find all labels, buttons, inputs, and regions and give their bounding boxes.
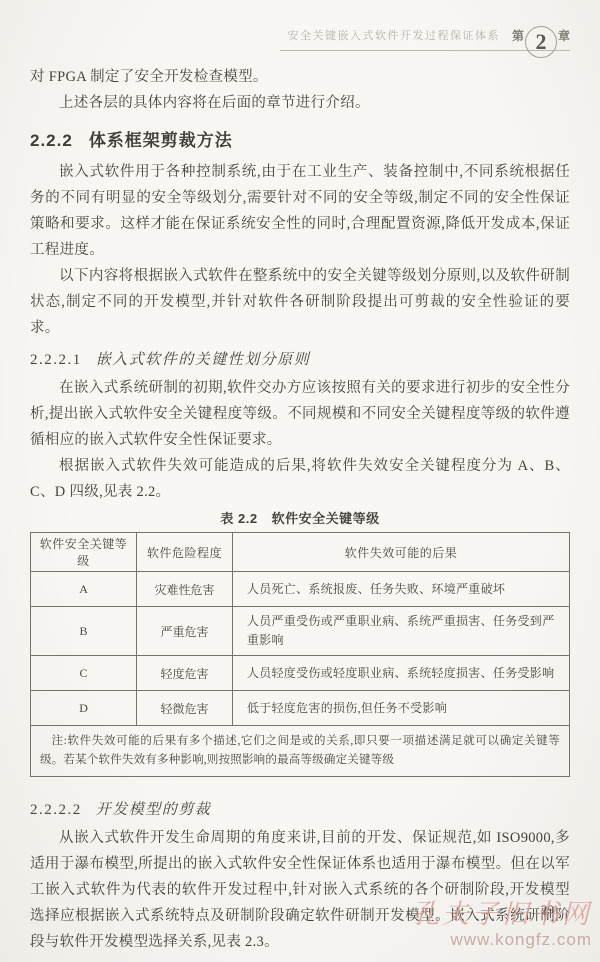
- cell-consequence: 低于轻度危害的损伤,但任务不受影响: [232, 691, 569, 726]
- cell-hazard: 灾难性危害: [137, 572, 233, 607]
- column-header-level: 软件安全关键等级: [31, 533, 137, 572]
- column-header-consequence: 软件失效可能的后果: [232, 533, 569, 572]
- cell-hazard: 轻微危害: [137, 691, 233, 726]
- table-row-level-d: D 轻微危害 低于轻度危害的损伤,但任务不受影响: [31, 691, 570, 726]
- table-caption-label: 表 2.2: [220, 511, 257, 526]
- table-row-level-c: C 轻度危害 人员轻度受伤或轻度职业病、系统轻度损害、任务受影响: [31, 656, 570, 691]
- chapter-number: 2: [535, 31, 546, 53]
- section-heading-2-2-2-2: 2.2.2.2开发模型的剪裁: [30, 798, 570, 819]
- chapter-prefix: 第: [512, 27, 524, 44]
- chapter-number-circle-icon: 2: [525, 26, 557, 58]
- table-row-level-b: B 严重危害 人员严重受伤或严重职业病、系统严重损害、任务受到严重影响: [31, 607, 570, 656]
- cell-level: A: [31, 572, 137, 607]
- page-number: 29: [541, 902, 554, 918]
- paragraph-four-levels: 根据嵌入式软件失效可能造成的后果,将软件失效安全关键程度分为 A、B、C、D 四…: [30, 453, 570, 505]
- subsection-title: 开发模型的剪裁: [96, 802, 212, 818]
- subsection-number: 2.2.2.2: [30, 802, 82, 818]
- cell-hazard: 轻度危害: [137, 656, 233, 691]
- section-title: 体系框架剪裁方法: [89, 131, 233, 150]
- paragraph-embedded-systems: 嵌入式软件用于各种控制系统,由于在工业生产、装备控制中,不同系统根据任务的不同有…: [30, 159, 570, 263]
- table-caption-title: 软件安全关键等级: [272, 511, 380, 526]
- cell-level: B: [31, 607, 137, 656]
- cell-hazard: 严重危害: [137, 607, 233, 656]
- paragraph-initial-analysis: 在嵌入式系统研制的初期,软件交办方应该按照有关的要求进行初步的安全性分析,提出嵌…: [30, 375, 570, 453]
- cell-level: D: [31, 691, 137, 726]
- cell-consequence: 人员严重受伤或严重职业病、系统严重损害、任务受到严重影响: [232, 607, 569, 656]
- cell-consequence: 人员死亡、系统报废、任务失败、环境严重破坏: [232, 572, 569, 607]
- paragraph-fpga-model: 对 FPGA 制定了安全开发检查模型。: [30, 64, 570, 90]
- chapter-suffix: 章: [558, 27, 570, 44]
- table-caption: 表 2.2软件安全关键等级: [30, 508, 570, 527]
- section-heading-2-2-2-1: 2.2.2.1嵌入式软件的关键性划分原则: [30, 348, 570, 369]
- paragraph-overview: 上述各层的具体内容将在后面的章节进行介绍。: [30, 90, 570, 116]
- table-row-level-a: A 灾难性危害 人员死亡、系统报废、任务失败、环境严重破坏: [31, 572, 570, 607]
- chapter-badge: 第 2 章: [512, 19, 570, 51]
- running-title: 安全关键嵌入式软件开发过程保证体系: [287, 27, 500, 43]
- subsection-number: 2.2.2.1: [30, 352, 82, 368]
- cell-consequence: 人员轻度受伤或轻度职业病、系统轻度损害、任务受影响: [232, 656, 569, 691]
- software-safety-level-table: 软件安全关键等级 软件危险程度 软件失效可能的后果 A 灾难性危害 人员死亡、系…: [30, 532, 570, 777]
- paragraph-development-model: 从嵌入式软件开发生命周期的角度来讲,目前的开发、保证规范,如 ISO9000,多…: [30, 825, 570, 955]
- book-page: 安全关键嵌入式软件开发过程保证体系 第 2 章 对 FPGA 制定了安全开发检查…: [0, 0, 600, 962]
- table-note: 注:软件失效可能的后果有多个描述,它们之间是或的关系,即只要一项描述满足就可以确…: [31, 726, 570, 777]
- column-header-hazard: 软件危险程度: [137, 533, 233, 572]
- running-header: 安全关键嵌入式软件开发过程保证体系 第 2 章: [280, 20, 570, 51]
- paragraph-tailoring-intro: 以下内容将根据嵌入式软件在整系统中的安全关键等级划分原则,以及软件研制状态,制定…: [30, 263, 570, 341]
- section-heading-2-2-2: 2.2.2体系框架剪裁方法: [30, 126, 570, 151]
- subsection-title: 嵌入式软件的关键性划分原则: [96, 352, 311, 368]
- section-number: 2.2.2: [30, 131, 73, 150]
- table-note-row: 注:软件失效可能的后果有多个描述,它们之间是或的关系,即只要一项描述满足就可以确…: [31, 726, 570, 777]
- cell-level: C: [31, 656, 137, 691]
- table-header-row: 软件安全关键等级 软件危险程度 软件失效可能的后果: [31, 533, 570, 572]
